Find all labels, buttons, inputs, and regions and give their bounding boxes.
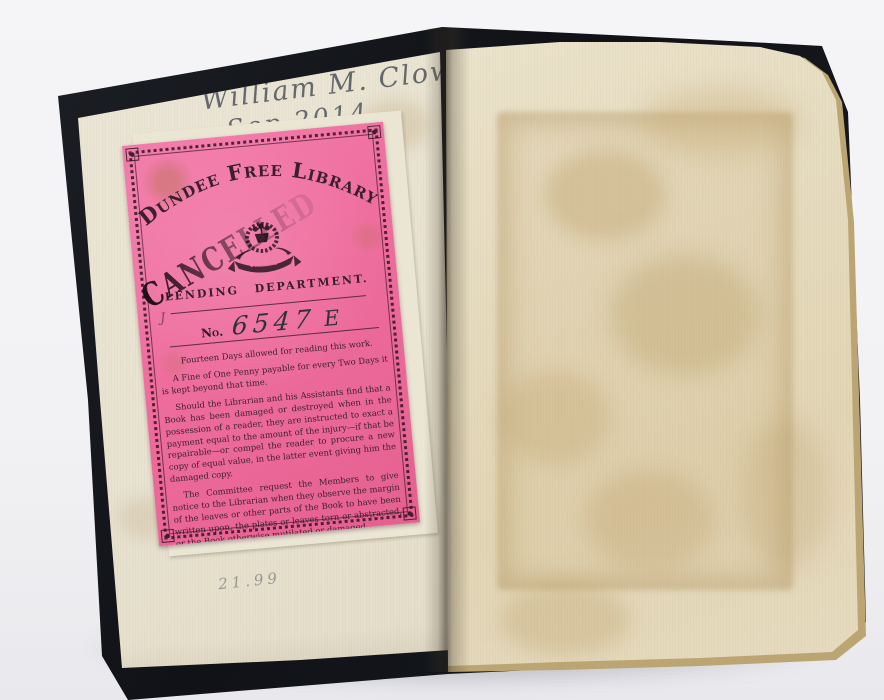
label-title-text: Dundee Free Library [134, 145, 381, 229]
accession-number-row: No. 6547 E [171, 295, 369, 347]
library-label: Dundee Free Library [122, 122, 420, 546]
library-label-paper: Dundee Free Library [122, 122, 420, 546]
accession-number-prefix: No. [200, 324, 223, 340]
pencil-price-note: 21.99 [217, 569, 281, 593]
svg-text:Dundee Free Library: Dundee Free Library [134, 145, 381, 229]
border-corner-ornament [403, 506, 417, 520]
label-rule-paragraph: Should the Librarian and his Assistants … [163, 382, 398, 486]
foxing-stain [500, 585, 630, 655]
library-crest-icon [220, 214, 305, 277]
label-arched-title: Dundee Free Library [134, 141, 381, 229]
border-corner-ornament [125, 148, 139, 162]
label-rules: Fourteen Days allowed for reading this w… [159, 336, 404, 546]
ghost-offset-stain [497, 112, 793, 590]
stray-ink-mark: J [159, 311, 166, 326]
border-corner-ornament [161, 529, 175, 543]
photo-stage: William M. Clow Sep 2014 Dundee Free Lib… [0, 0, 884, 700]
border-corner-ornament [367, 125, 381, 139]
accession-class-letter: E [323, 308, 340, 330]
accession-number-value: 6547 [231, 306, 316, 339]
